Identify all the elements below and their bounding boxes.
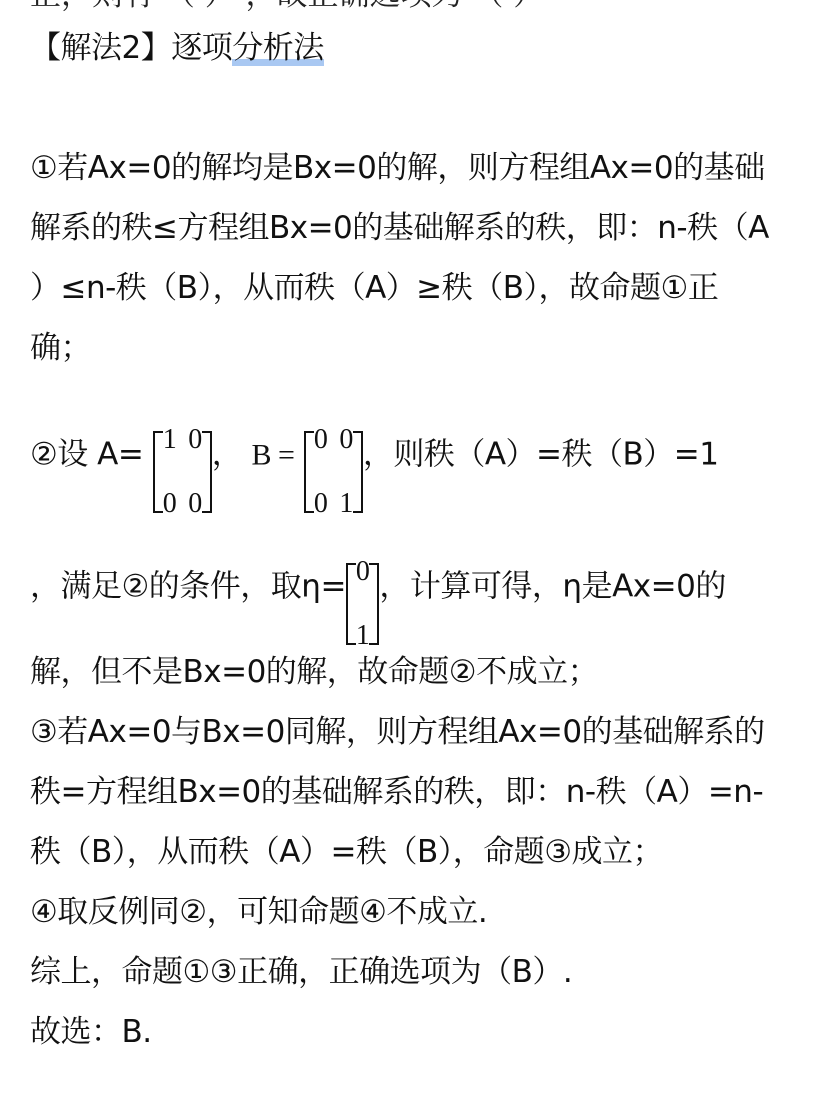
proposition-3-line-3: 秩（B），从而秩（A）=秩（B），命题③成立； <box>30 832 663 872</box>
proposition-1-line-1: ①若Ax=0的解均是Bx=0的解，则方程组Ax=0的基础 <box>30 148 765 188</box>
p2-separator: ， <box>212 437 243 473</box>
proposition-1-line-3: ）≤n-秩（B），从而秩（A）≥秩（B），故命题①正 <box>30 268 718 308</box>
matrix-b-cell: 0 <box>314 491 328 517</box>
proposition-3-line-2: 秩=方程组Bx=0的基础解系的秩，即：n-秩（A）=n- <box>30 772 763 812</box>
proposition-1-line-2: 解系的秩≤方程组Bx=0的基础解系的秩，即：n-秩（A <box>30 208 769 248</box>
matrix-b-cell: 0 <box>339 427 353 453</box>
proposition-2-line-1: ②设 A= 1 0 0 0 ， B = 0 0 0 1 ，则秩（A）=秩（B）=… <box>30 395 719 517</box>
proposition-2-line-3: 解，但不是Bx=0的解，故命题②不成立； <box>30 652 598 692</box>
matrix-a: 1 0 0 0 <box>153 395 212 517</box>
summary: 综上，命题①③正确，正确选项为（B）. <box>30 952 572 992</box>
eta-cell: 1 <box>356 623 370 649</box>
proposition-1-line-4: 确； <box>30 328 91 368</box>
matrix-b: 0 0 0 1 <box>304 395 363 517</box>
p2-suffix: ，则秩（A）=秩（B）=1 <box>363 437 719 473</box>
heading-highlighted-text: 分析法 <box>232 30 324 66</box>
matrix-a-cell: 1 <box>163 427 177 453</box>
matrix-b-label: B = <box>252 439 295 472</box>
matrix-b-cell: 1 <box>339 491 353 517</box>
eta-vector: 0 1 <box>346 527 380 649</box>
eta-cell: 0 <box>356 559 370 585</box>
cut-off-line: 正，则有 （ ） ，故正确选项为 （ ） <box>30 0 544 12</box>
matrix-b-cell: 0 <box>314 427 328 453</box>
proposition-2-line-2: ，满足②的条件，取η= 0 1 ，计算可得，η是Ax=0的 <box>30 527 726 649</box>
proposition-4: ④取反例同②，可知命题④不成立. <box>30 892 487 932</box>
p2-l2-prefix: ，满足②的条件，取η= <box>30 569 346 605</box>
p2-prefix: ②设 A= <box>30 437 143 473</box>
matrix-a-cell: 0 <box>163 491 177 517</box>
heading-prefix: 【解法2】逐项 <box>30 30 232 66</box>
section-heading: 【解法2】逐项分析法 <box>30 28 324 68</box>
matrix-a-cell: 0 <box>188 427 202 453</box>
p2-l2-suffix: ，计算可得，η是Ax=0的 <box>379 569 725 605</box>
final-answer: 故选：B. <box>30 1012 152 1052</box>
proposition-3-line-1: ③若Ax=0与Bx=0同解，则方程组Ax=0的基础解系的 <box>30 712 765 752</box>
matrix-a-cell: 0 <box>188 491 202 517</box>
